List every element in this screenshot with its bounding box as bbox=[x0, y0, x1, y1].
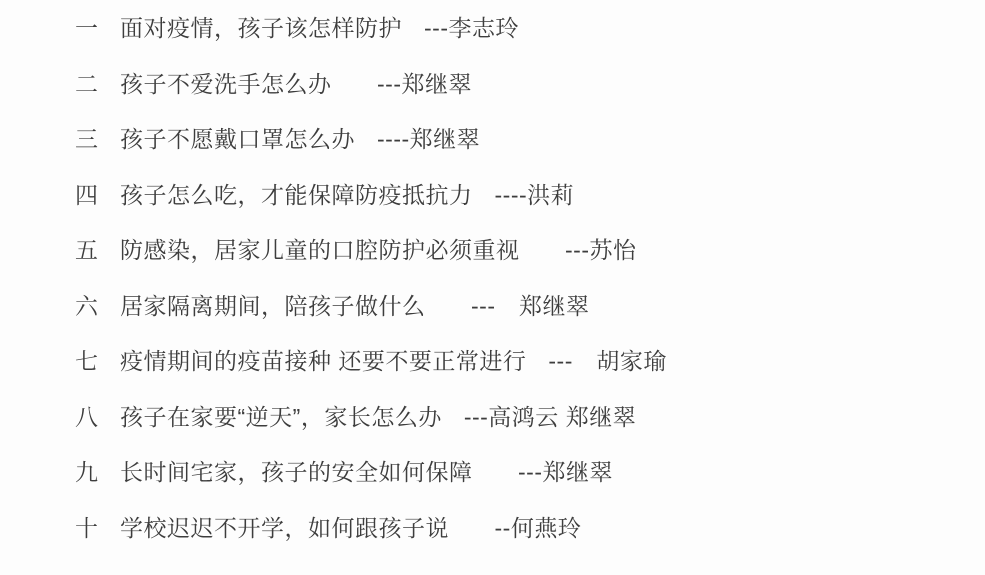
toc-row: 四 孩子怎么吃，才能保障防疫抵抗力 ----洪莉 bbox=[75, 182, 985, 238]
item-number: 五 bbox=[75, 237, 120, 263]
item-number: 二 bbox=[75, 71, 120, 97]
toc-row: 八 孩子在家要“逆天”，家长怎么办 ---高鸿云 郑继翠 bbox=[75, 404, 985, 460]
item-number: 十 bbox=[75, 515, 120, 541]
item-author: --- 胡家瑜 bbox=[548, 348, 666, 374]
item-title: 孩子不愿戴口罩怎么办 bbox=[120, 126, 355, 152]
item-number: 六 bbox=[75, 293, 120, 319]
item-number: 一 bbox=[75, 15, 120, 41]
item-title: 长时间宅家，孩子的安全如何保障 bbox=[120, 459, 473, 485]
item-author: ---李志玲 bbox=[424, 15, 519, 41]
toc-row: 七 疫情期间的疫苗接种 还要不要正常进行 --- 胡家瑜 bbox=[75, 348, 985, 404]
item-number: 七 bbox=[75, 348, 120, 374]
toc-row: 九 长时间宅家，孩子的安全如何保障 ---郑继翠 bbox=[75, 459, 985, 515]
item-title: 防感染，居家儿童的口腔防护必须重视 bbox=[120, 237, 520, 263]
item-title: 居家隔离期间，陪孩子做什么 bbox=[120, 293, 426, 319]
toc-row: 二 孩子不爱洗手怎么办 ---郑继翠 bbox=[75, 71, 985, 127]
item-author: ---郑继翠 bbox=[495, 459, 613, 485]
item-author: ----洪莉 bbox=[495, 182, 575, 208]
item-author: ----郑继翠 bbox=[377, 126, 480, 152]
item-author: ---郑继翠 bbox=[354, 71, 472, 97]
item-number: 九 bbox=[75, 459, 120, 485]
toc-row: 一 面对疫情，孩子该怎样防护 ---李志玲 bbox=[75, 15, 985, 71]
item-title: 学校迟迟不开学，如何跟孩子说 bbox=[120, 515, 449, 541]
item-title: 孩子怎么吃，才能保障防疫抵抗力 bbox=[120, 182, 473, 208]
item-title: 面对疫情，孩子该怎样防护 bbox=[120, 15, 402, 41]
toc-row: 五 防感染，居家儿童的口腔防护必须重视 ---苏怡 bbox=[75, 237, 985, 293]
toc-list: 一 面对疫情，孩子该怎样防护 ---李志玲 二 孩子不爱洗手怎么办 ---郑继翠… bbox=[75, 15, 985, 570]
toc-row: 十 学校迟迟不开学，如何跟孩子说 --何燕玲 bbox=[75, 515, 985, 571]
item-number: 三 bbox=[75, 126, 120, 152]
item-number: 八 bbox=[75, 404, 120, 430]
item-author: ---高鸿云 郑继翠 bbox=[464, 404, 636, 430]
toc-row: 三 孩子不愿戴口罩怎么办 ----郑继翠 bbox=[75, 126, 985, 182]
item-title: 孩子不爱洗手怎么办 bbox=[120, 71, 332, 97]
item-author: --何燕玲 bbox=[471, 515, 581, 541]
item-author: ---苏怡 bbox=[542, 237, 637, 263]
item-title: 疫情期间的疫苗接种 还要不要正常进行 bbox=[120, 348, 526, 374]
item-number: 四 bbox=[75, 182, 120, 208]
toc-row: 六 居家隔离期间，陪孩子做什么 --- 郑继翠 bbox=[75, 293, 985, 349]
item-author: --- 郑继翠 bbox=[448, 293, 590, 319]
item-title: 孩子在家要“逆天”，家长怎么办 bbox=[120, 404, 442, 430]
document-page: 一 面对疫情，孩子该怎样防护 ---李志玲 二 孩子不爱洗手怎么办 ---郑继翠… bbox=[0, 0, 985, 575]
